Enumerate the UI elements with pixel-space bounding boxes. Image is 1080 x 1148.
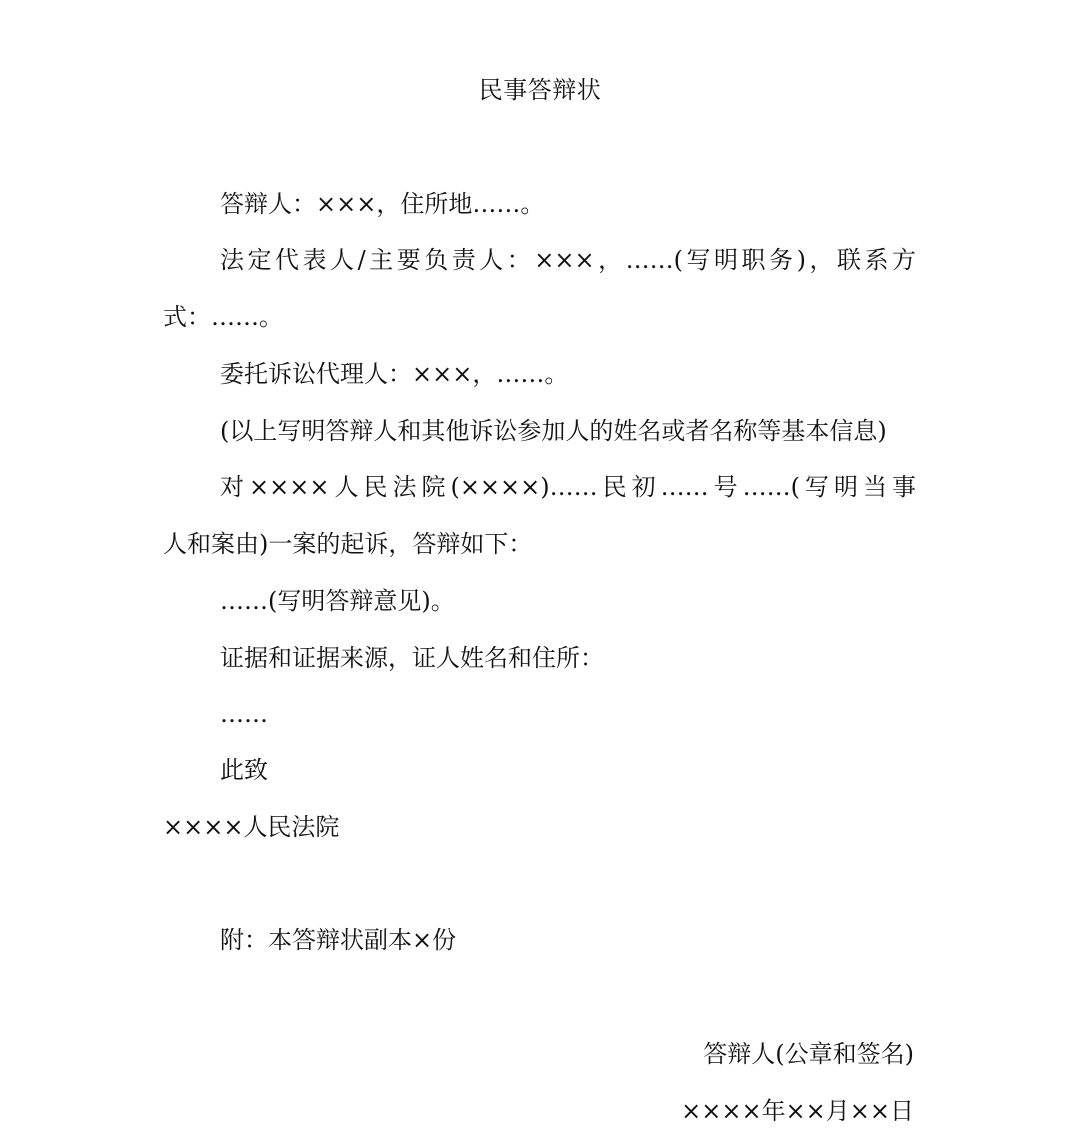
evidence-heading: 证据和证据来源，证人姓名和住所： (220, 640, 604, 676)
signature-line: 答辩人(公章和签名) (703, 1036, 914, 1072)
document-title: 民事答辩状 (0, 72, 1080, 108)
case-line-1: 对××××人民法院(××××)……民初……号……(写明当事 (220, 469, 916, 505)
agent-line: 委托诉讼代理人：×××，……。 (220, 356, 568, 392)
document-page: 民事答辩状 答辩人：×××，住所地……。 法定代表人/主要负责人：×××，……(… (0, 0, 1080, 1148)
date-line: ××××年××月××日 (681, 1093, 914, 1129)
evidence-body: …… (220, 696, 268, 732)
legal-representative-line-2: 式：……。 (163, 299, 283, 335)
attachment-line: 附：本答辩状副本×份 (220, 922, 456, 958)
respondent-line: 答辩人：×××，住所地……。 (220, 186, 544, 222)
parties-note: (以上写明答辩人和其他诉讼参加人的姓名或者名称等基本信息) (220, 413, 887, 449)
case-line-2: 人和案由)一案的起诉，答辩如下： (163, 526, 532, 562)
legal-representative-line-1: 法定代表人/主要负责人：×××，……(写明职务)，联系方 (220, 242, 916, 278)
court-name: ××××人民法院 (163, 809, 339, 845)
salutation: 此致 (220, 752, 268, 788)
opinion-line: ……(写明答辩意见)。 (220, 583, 455, 619)
